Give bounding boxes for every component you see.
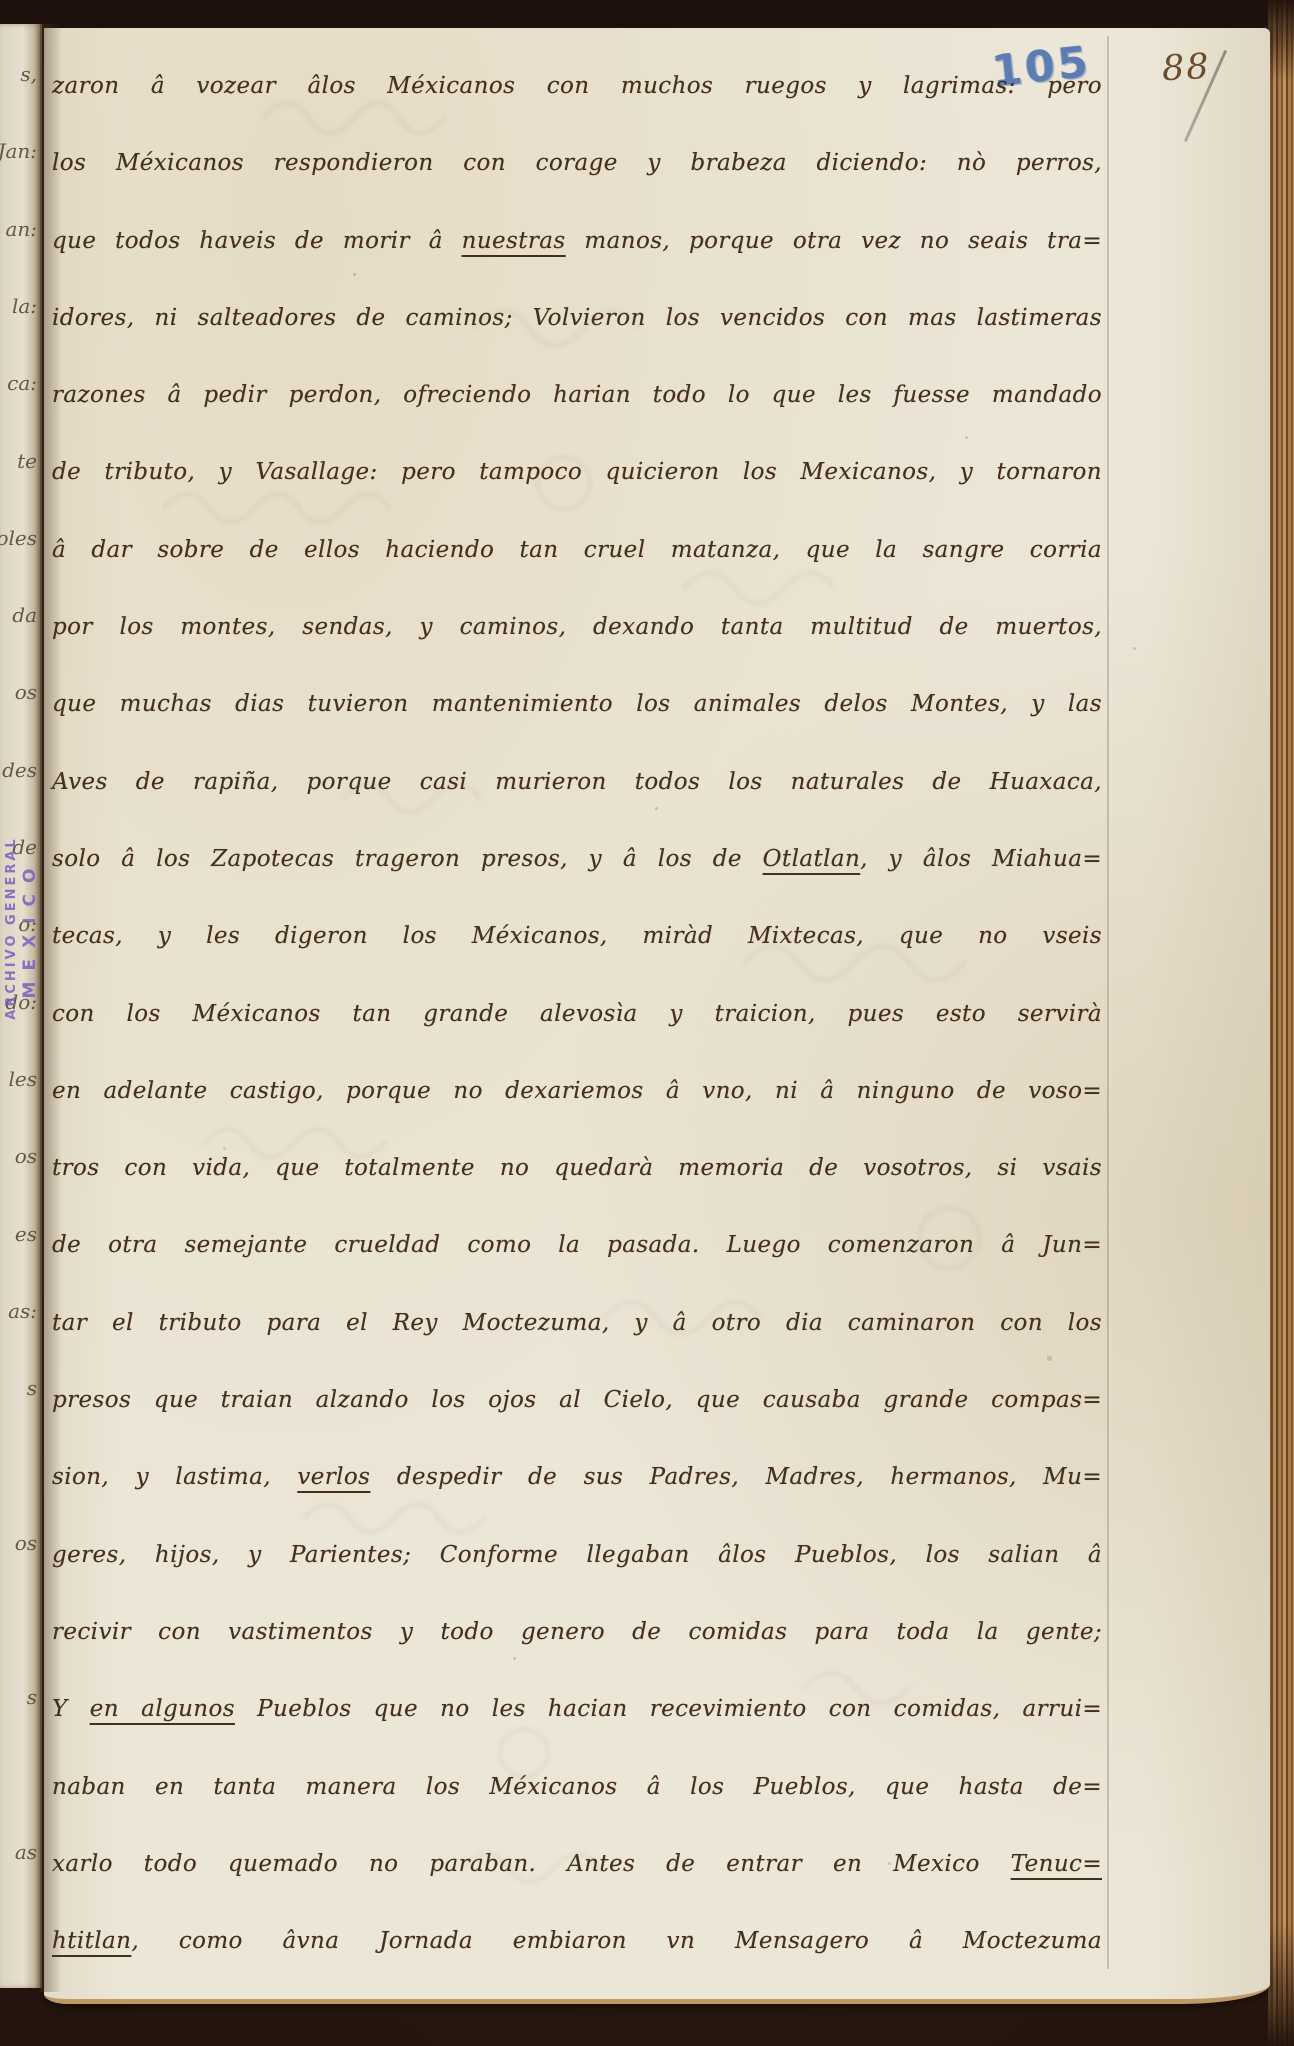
underlined-word: Tenuc= [1011,1851,1102,1877]
paper-speckles [44,28,45,29]
manuscript-line-4: idores, ni salteadores de caminos; Volvi… [52,280,1102,357]
manuscript-line-1: zaron â vozear âlos Méxicanos con muchos… [52,48,1102,125]
manuscript-line-5: razones â pedir perdon, ofreciendo haria… [52,357,1102,434]
manuscript-line-19: sion, y lastima, verlos despedir de sus … [52,1439,1102,1516]
folio-number: 88 [1161,47,1212,89]
manuscript-line-16: de otra semejante crueldad como la pasad… [52,1207,1102,1284]
manuscript-line-10: Aves de rapiña, porque casi murieron tod… [52,744,1102,821]
manuscript-line-12: tecas, y les digeron los Méxicanos, mirà… [52,898,1102,975]
manuscript-line-24: xarlo todo quemado no paraban. Antes de … [52,1826,1102,1903]
manuscript-line-20: geres, hijos, y Parientes; Conforme lleg… [52,1517,1102,1594]
manuscript-line-18: presos que traian alzando los ojos al Ci… [52,1362,1102,1439]
underlined-word: htitlan [52,1928,131,1954]
facing-page-text-fragment: la: [12,294,37,318]
manuscript-line-21: recivir con vastimentos y todo genero de… [52,1594,1102,1671]
page-stack-fore-edge [1268,0,1294,2046]
facing-page-text-fragment: Jan: [0,139,37,163]
facing-page-text-fragment: te [17,449,37,473]
underlined-word: en algunos [90,1696,235,1722]
manuscript-line-11: solo â los Zapotecas trageron presos, y … [52,821,1102,898]
manuscript-line-7: â dar sobre de ellos haciendo tan cruel … [52,512,1102,589]
manuscript-scan: { "page": { "folio_number": "88", "folia… [0,0,1294,2046]
manuscript-line-17: tar el tributo para el Rey Moctezuma, y … [52,1285,1102,1362]
facing-page-text-fragment: os [15,680,37,704]
paper-fold-line [1107,36,1109,1969]
facing-page-text-fragment: os [15,1531,37,1555]
manuscript-line-22: Y en algunos Pueblos que no les hacian r… [52,1671,1102,1748]
manuscript-line-25: htitlan, como âvna Jornada embiaron vn M… [52,1903,1102,1980]
underlined-word: verlos [297,1464,370,1490]
manuscript-line-2: los Méxicanos respondieron con corage y … [52,125,1102,202]
manuscript-line-13: con los Méxicanos tan grande alevosìa y … [52,976,1102,1053]
manuscript-text-block: zaron â vozear âlos Méxicanos con muchos… [52,48,1102,1980]
facing-page-text-fragment: es [15,1222,37,1246]
manuscript-page: 105 88 zaron â vozear âlos Méxicanos con… [44,28,1270,2004]
manuscript-line-14: en adelante castigo, porque no dexariemo… [52,1053,1102,1130]
book-binding-top [0,0,1294,26]
manuscript-line-23: naban en tanta manera los Méxicanos â lo… [52,1749,1102,1826]
archive-stamp-line2: MEXICO [19,733,41,1123]
underlined-word: Otlatlan [763,846,861,872]
facing-page-text-fragment: s [27,1376,37,1400]
facing-page-text-fragment: as [15,1840,37,1864]
underlined-word: nuestras [462,228,566,254]
facing-page-text-fragment: s, [20,62,37,86]
manuscript-line-9: que muchas dias tuvieron mantenimiento l… [52,666,1102,743]
facing-page-text-fragment: s [27,1685,37,1709]
archive-stamp: ARCHIVO GENERAL MEXICO [4,733,50,1123]
manuscript-line-6: de tributo, y Vasallage: pero tampoco qu… [52,434,1102,511]
facing-page-text-fragment: ca: [7,371,37,395]
manuscript-line-15: tros con vida, que totalmente no quedarà… [52,1130,1102,1207]
facing-page-text-fragment: as: [8,1299,37,1323]
archive-stamp-line1: ARCHIVO GENERAL [4,733,19,1123]
facing-page-text-fragment: da [12,603,37,627]
facing-page-text-fragment: an: [5,217,37,241]
facing-page-text-fragment: oles [0,526,37,550]
facing-page-text-fragment: os [15,1144,37,1168]
manuscript-line-3: que todos haveis de morir â nuestras man… [52,203,1102,280]
manuscript-line-8: por los montes, sendas, y caminos, dexan… [52,589,1102,666]
